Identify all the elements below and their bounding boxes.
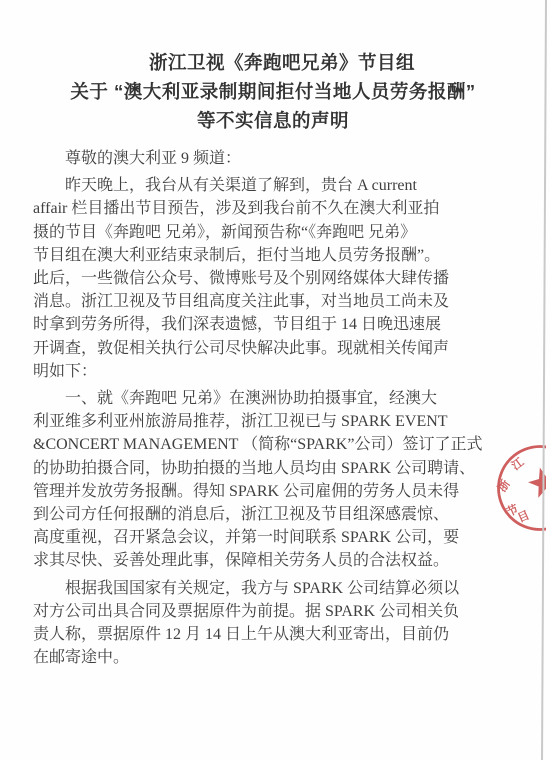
document-title: 浙江卫视《奔跑吧兄弟》节目组 关于 “澳大利亚录制期间拒付当地人员劳务报酬” 等… (0, 48, 546, 135)
title-line-3: 等不实信息的声明 (0, 106, 546, 135)
body-line: 明如下： (33, 360, 493, 383)
body-line: affair 栏目播出节目预告，涉及到我台前不久在澳大利亚拍 (33, 197, 493, 220)
body-line: 此后，一些微信公众号、微博账号及个别网络媒体大肆传播 (33, 267, 493, 290)
title-line-2: 关于 “澳大利亚录制期间拒付当地人员劳务报酬” (0, 77, 546, 106)
body-line: 求其尽快、妥善处理此事，保障相关劳务人员的合法权益。 (33, 549, 493, 572)
body-line: 开调查，敦促相关执行公司尽快解决此事。现就相关传闻声 (33, 337, 493, 360)
title-line-1: 浙江卫视《奔跑吧兄弟》节目组 (9, 48, 546, 77)
body-line: &CONCERT MANAGEMENT （简称“SPARK”公司）签订了正式 (33, 433, 493, 456)
body-line: 责人称，票据原件 12 月 14 日上午从澳大利亚寄出，目前仍 (33, 623, 493, 646)
body-line: 消息。浙江卫视及节目组高度关注此事，对当地员工尚未及 (33, 290, 493, 313)
paragraph: 根据我国国家有关规定，我方与 SPARK 公司结算必须以对方公司出具合同及票据原… (33, 577, 493, 670)
body-line: 摄的节目《奔跑吧 兄弟》，新闻预告称“《奔跑吧 兄弟》 (33, 221, 493, 244)
paragraph: 一、就《奔跑吧 兄弟》在澳洲协助拍摄事宜，经澳大利亚维多利亚州旅游局推荐，浙江卫… (33, 387, 493, 573)
document-page: 浙江卫视《奔跑吧兄弟》节目组 关于 “澳大利亚录制期间拒付当地人员劳务报酬” 等… (0, 0, 546, 760)
paragraph: 昨天晚上，我台从有关渠道了解到，贵台 A currentaffair 栏目播出节… (33, 174, 493, 383)
body-line: 节目组在澳大利亚结束录制后，拒付当地人员劳务报酬”。 (33, 244, 493, 267)
body-line: 对方公司出具合同及票据原件为前提。据 SPARK 公司相关负 (33, 600, 493, 623)
body-line: 管理并发放劳务报酬。得知 SPARK 公司雇佣的劳务人员未得 (33, 480, 493, 503)
official-seal-stamp: 浙 江 节 目 (490, 438, 546, 538)
body-line: 昨天晚上，我台从有关渠道了解到，贵台 A current (33, 174, 493, 197)
document-body: 尊敬的澳大利亚 9 频道： 昨天晚上，我台从有关渠道了解到，贵台 A curre… (33, 147, 493, 669)
body-line: 到公司方任何报酬的消息后，浙江卫视及节目组深感震惊、 (33, 503, 493, 526)
body-line: 高度重视，召开紧急会议，并第一时间联系 SPARK 公司，要 (33, 526, 493, 549)
body-line: 时拿到劳务所得，我们深表遗憾，节目组于 14 日晚迅速展 (33, 313, 493, 336)
paragraphs: 昨天晚上，我台从有关渠道了解到，贵台 A currentaffair 栏目播出节… (33, 174, 493, 669)
body-line: 根据我国国家有关规定，我方与 SPARK 公司结算必须以 (33, 577, 493, 600)
body-line: 利亚维多利亚州旅游局推荐，浙江卫视已与 SPARK EVENT (33, 410, 493, 433)
body-line: 在邮寄途中。 (33, 646, 493, 669)
body-line: 一、就《奔跑吧 兄弟》在澳洲协助拍摄事宜，经澳大 (33, 387, 493, 410)
photographed-document: 浙江卫视《奔跑吧兄弟》节目组 关于 “澳大利亚录制期间拒付当地人员劳务报酬” 等… (0, 0, 550, 760)
salutation: 尊敬的澳大利亚 9 频道： (33, 147, 493, 170)
body-line: 的协助拍摄合同，协助拍摄的当地人员均由 SPARK 公司聘请、 (33, 457, 493, 480)
